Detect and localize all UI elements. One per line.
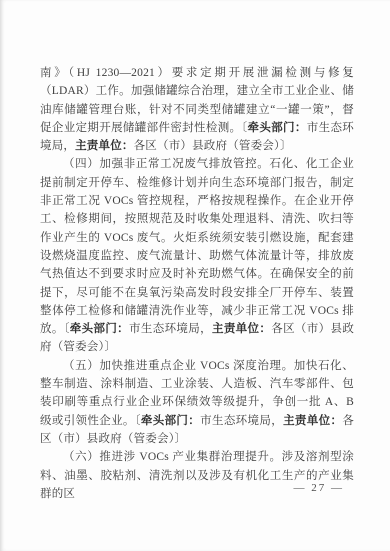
document-page: 南》（HJ 1230—2021）要求定期开展泄漏检测与修复（LDAR）工作。加强…: [0, 0, 390, 551]
bold-label-run: 主责单位：: [75, 140, 134, 152]
bold-label-run: 牵头部门：: [141, 415, 200, 427]
text-run: 市生态环境局，: [129, 323, 212, 335]
paragraph: （四）加强非正常工况废气排放管控。石化、化工企业提前制定开停车、检维修计划并向生…: [40, 155, 354, 356]
text-run: 市生态环境局，: [200, 415, 283, 427]
document-body: 南》（HJ 1230—2021）要求定期开展泄漏检测与修复（LDAR）工作。加强…: [40, 64, 354, 503]
text-run: （四）加强非正常工况废气排放管控。石化、化工企业提前制定开停车、检维修计划并向生…: [40, 158, 354, 335]
text-run: 各区（市）县政府（管委会）〕: [134, 140, 292, 152]
paragraph: （六）推进涉 VOCs 产业集群治理提升。涉及溶剂型涂料、油墨、胶粘剂、清洗剂以…: [40, 448, 354, 503]
paragraph: （五）加快推进重点企业 VOCs 深度治理。加快石化、整车制造、涂料制造、工业涂…: [40, 357, 354, 448]
bold-label-run: 牵头部门：: [248, 122, 307, 134]
page-number: — 27 —: [294, 482, 345, 494]
paragraph: 南》（HJ 1230—2021）要求定期开展泄漏检测与修复（LDAR）工作。加强…: [40, 64, 354, 155]
bold-label-run: 牵头部门：: [70, 323, 129, 335]
bold-label-run: 主责单位：: [283, 415, 342, 427]
bold-label-run: 主责单位：: [212, 323, 271, 335]
